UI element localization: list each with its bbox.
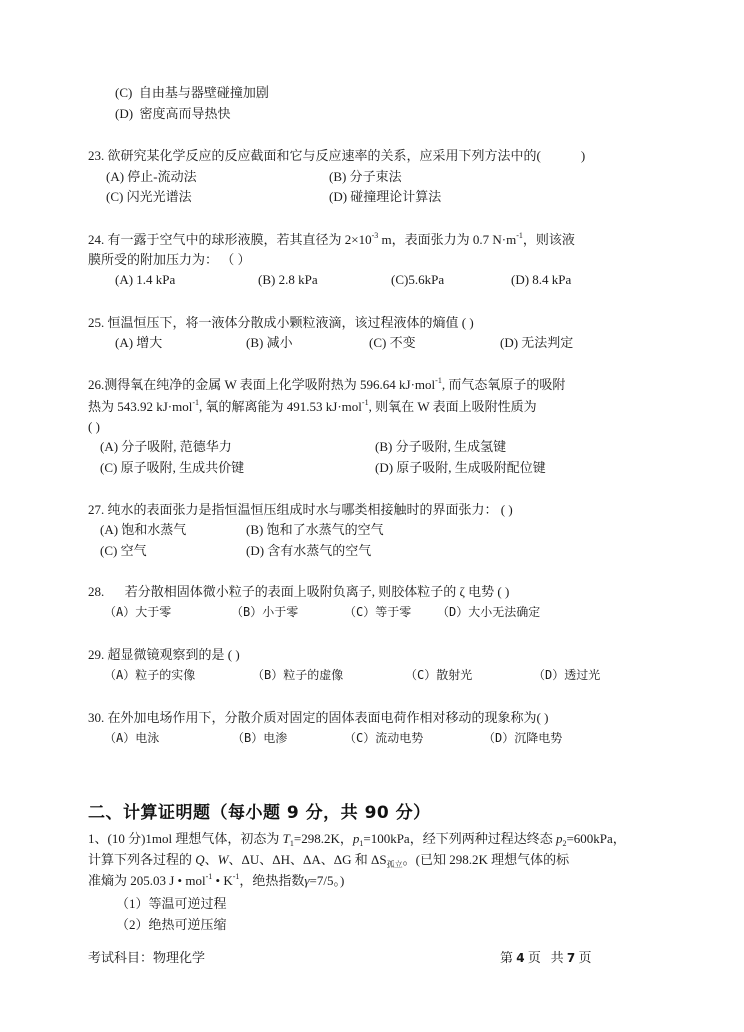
problem-text: =7/5。) <box>310 873 345 888</box>
option-text: 透过光 <box>564 668 600 682</box>
question-number: 29. <box>88 647 104 662</box>
answer-blank: ( ) <box>88 419 100 434</box>
q25-option-d: (D) 无法判定 <box>500 334 573 352</box>
part-text: 绝热可逆压缩 <box>149 917 227 932</box>
option-label: (A) <box>115 272 133 287</box>
option-text: 密度高而导热快 <box>140 106 231 121</box>
option-label: (C) <box>115 85 132 100</box>
option-text: 减小 <box>267 335 293 350</box>
q27-stem: 27. 纯水的表面张力是指恒温恒压组成时水与哪类相接触时的界面张力： ( ) <box>88 501 513 519</box>
page-indicator: 第 4 页 共 7 页 <box>500 947 592 966</box>
page-total: 7 <box>567 951 575 965</box>
problem-text: =298.2K， <box>294 831 353 846</box>
q22-option-d: (D) 密度高而导热快 <box>115 105 231 123</box>
question-number: 23. <box>88 148 104 163</box>
option-label: （C） <box>344 731 375 745</box>
q23-option-b: (B) 分子束法 <box>329 168 402 186</box>
q26-stem-line1: 26.测得氧在纯净的金属 W 表面上化学吸附热为 596.64 kJ·mol-1… <box>88 376 565 394</box>
math-symbol: T <box>283 831 290 846</box>
problem1-part-1: （1）等温可逆过程 <box>116 895 227 913</box>
option-label: （B） <box>252 668 283 682</box>
part-label: （1） <box>116 896 149 911</box>
option-text: 5.6kPa <box>408 272 444 287</box>
question-text: 有一露于空气中的球形液膜，若其直径为 2×10 <box>108 232 372 247</box>
option-text: 1.4 kPa <box>136 272 175 287</box>
option-label: (D) <box>246 543 264 558</box>
question-number: 26. <box>88 377 104 392</box>
option-label: (D) <box>500 335 518 350</box>
option-label: (C) <box>369 335 386 350</box>
option-text: 原子吸附, 生成共价键 <box>121 460 245 475</box>
question-number: 28. <box>88 584 104 599</box>
option-label: （B） <box>232 731 263 745</box>
question-number: 27. <box>88 502 104 517</box>
q25-option-c: (C) 不变 <box>369 334 416 352</box>
option-label: (B) <box>375 439 392 454</box>
exponent: -1 <box>516 231 523 240</box>
problem-text: • K <box>212 873 232 888</box>
option-text: 饱和了水蒸气的空气 <box>267 522 384 537</box>
question-text: 纯水的表面张力是指恒温恒压组成时水与哪类相接触时的界面张力： ( ) <box>108 502 513 517</box>
option-text: 增大 <box>136 335 162 350</box>
problem-text: 、 <box>205 852 218 867</box>
option-text: 不变 <box>390 335 416 350</box>
q26-option-c: (C) 原子吸附, 生成共价键 <box>100 459 244 477</box>
option-text: 大于零 <box>135 605 171 619</box>
q27-option-b: (B) 饱和了水蒸气的空气 <box>246 521 384 539</box>
option-label: (C) <box>106 189 123 204</box>
option-text: 流动电势 <box>375 731 423 745</box>
exam-subject: 考试科目：物理化学 <box>88 947 205 966</box>
question-text: , 而气态氧原子的吸附 <box>442 377 566 392</box>
option-text: 沉降电势 <box>514 731 562 745</box>
option-text: 大小无法确定 <box>468 605 540 619</box>
q24-option-a: (A) 1.4 kPa <box>115 271 175 289</box>
q26-option-b: (B) 分子吸附, 生成氢键 <box>375 438 506 456</box>
page-prefix: 第 <box>500 950 516 965</box>
q27-option-a: (A) 饱和水蒸气 <box>100 521 186 539</box>
problem-text: ，绝热指数 <box>239 873 304 888</box>
q30-option-c: （C）流动电势 <box>344 729 423 747</box>
option-label: (D) <box>375 460 393 475</box>
q23-stem: 23. 欲研究某化学反应的反应截面和它与反应速率的关系，应采用下列方法中的() <box>88 147 585 165</box>
option-text: 含有水蒸气的空气 <box>267 543 371 558</box>
q24-stem-line1: 24. 有一露于空气中的球形液膜，若其直径为 2×10-3 m，表面张力为 0.… <box>88 231 575 249</box>
option-label: （A） <box>104 668 135 682</box>
question-text: 恒温恒压下，将一液体分散成小颗粒液滴，该过程液体的熵值 ( ) <box>108 315 474 330</box>
problem1-line3: 准熵为 205.03 J • mol-1 • K-1，绝热指数γ=7/5。) <box>88 872 344 890</box>
q30-option-a: （A）电泳 <box>104 729 159 747</box>
option-text: 停止-流动法 <box>127 169 196 184</box>
q24-option-d: (D) 8.4 kPa <box>511 271 571 289</box>
option-label: (D) <box>329 189 347 204</box>
option-label: (A) <box>100 522 118 537</box>
question-number: 30. <box>88 710 104 725</box>
option-text: 无法判定 <box>521 335 573 350</box>
q30-option-d: （D）沉降电势 <box>483 729 562 747</box>
option-label: (C) <box>100 460 117 475</box>
option-label: (C) <box>100 543 117 558</box>
option-text: 电泳 <box>135 731 159 745</box>
q25-option-b: (B) 减小 <box>246 334 293 352</box>
option-label: (A) <box>106 169 124 184</box>
q28-option-c: （C）等于零 <box>344 603 411 621</box>
problem-text: =100kPa，经下列两种过程达终态 <box>363 831 556 846</box>
problem-text: 、ΔU、ΔH、ΔA、ΔG 和 ΔS <box>229 852 387 867</box>
question-text: ，则该液 <box>523 232 575 247</box>
q23-option-a: (A) 停止-流动法 <box>106 168 197 186</box>
option-text: 8.4 kPa <box>532 272 571 287</box>
q24-stem-line2: 膜所受的附加压力为： （ ） <box>88 251 251 269</box>
option-text: 分子束法 <box>350 169 402 184</box>
q23-option-d: (D) 碰撞理论计算法 <box>329 188 441 206</box>
option-label: (A) <box>100 439 118 454</box>
option-text: 电渗 <box>263 731 287 745</box>
q26-stem-line2: 热为 543.92 kJ·mol-1, 氧的解离能为 491.53 kJ·mol… <box>88 398 537 416</box>
q27-option-c: (C) 空气 <box>100 542 147 560</box>
q29-stem: 29. 超显微镜观察到的是 ( ) <box>88 646 240 664</box>
option-text: 饱和水蒸气 <box>121 522 186 537</box>
option-label: （B） <box>231 605 262 619</box>
part-text: 等温可逆过程 <box>149 896 227 911</box>
option-label: （A） <box>104 731 135 745</box>
problem1-line2: 计算下列各过程的 Q、W、ΔU、ΔH、ΔA、ΔG 和 ΔS孤立。(已知 298.… <box>88 851 569 869</box>
option-text: 散射光 <box>436 668 472 682</box>
question-text: , 氧的解离能为 491.53 kJ·mol <box>199 399 362 414</box>
option-label: （A） <box>104 605 135 619</box>
option-label: （C） <box>344 605 375 619</box>
option-label: (D) <box>511 272 529 287</box>
question-text: 在外加电场作用下，分散介质对固定的固体表面电荷作相对移动的现象称为( ) <box>108 710 549 725</box>
q29-option-c: （C）散射光 <box>405 666 472 684</box>
q28-option-a: （A）大于零 <box>104 603 171 621</box>
q26-option-a: (A) 分子吸附, 范德华力 <box>100 438 232 456</box>
q30-stem: 30. 在外加电场作用下，分散介质对固定的固体表面电荷作相对移动的现象称为( ) <box>88 709 548 727</box>
problem-text: =600kPa， <box>566 831 625 846</box>
page-mid: 页 共 <box>525 950 567 965</box>
option-label: （D） <box>437 605 468 619</box>
q29-option-d: （D）透过光 <box>533 666 600 684</box>
part-label: （2） <box>116 917 149 932</box>
subscript: 孤立 <box>387 860 403 869</box>
option-label: (D) <box>115 106 133 121</box>
q29-option-b: （B）粒子的虚像 <box>252 666 343 684</box>
option-text: 原子吸附, 生成吸附配位键 <box>396 460 546 475</box>
problem-text: 。(已知 298.2K 理想气体的标 <box>403 852 569 867</box>
section-title: 二、计算证明题（每小题 9 分，共 90 分） <box>88 798 431 823</box>
math-symbol: Q <box>195 852 204 867</box>
question-text: , 则氧在 W 表面上吸附性质为 <box>369 399 537 414</box>
option-text: 等于零 <box>375 605 411 619</box>
option-label: （D） <box>533 668 564 682</box>
option-label: （D） <box>483 731 514 745</box>
option-text: 自由基与器壁碰撞加剧 <box>139 85 269 100</box>
exponent: -1 <box>435 376 442 385</box>
option-text: 空气 <box>121 543 147 558</box>
answer-blank-close: ) <box>581 148 585 163</box>
q30-option-b: （B）电渗 <box>232 729 287 747</box>
option-text: 粒子的实像 <box>135 668 195 682</box>
q24-option-c: (C)5.6kPa <box>391 271 444 289</box>
option-label: (B) <box>246 335 263 350</box>
q25-stem: 25. 恒温恒压下，将一液体分散成小颗粒液滴，该过程液体的熵值 ( ) <box>88 314 474 332</box>
option-label: (B) <box>258 272 275 287</box>
question-text: 测得氧在纯净的金属 W 表面上化学吸附热为 596.64 kJ·mol <box>104 377 435 392</box>
question-text: 超显微镜观察到的是 ( ) <box>108 647 240 662</box>
option-text: 分子吸附, 生成氢键 <box>396 439 507 454</box>
option-text: 小于零 <box>262 605 298 619</box>
question-text: 若分散相固体微小粒子的表面上吸附负离子, 则胶体粒子的 ζ 电势 ( ) <box>125 584 510 599</box>
problem-text: 1、(10 分)1mol 理想气体，初态为 <box>88 831 283 846</box>
q22-option-c: (C) 自由基与器壁碰撞加剧 <box>115 84 269 102</box>
q23-option-c: (C) 闪光光谱法 <box>106 188 192 206</box>
exponent: -1 <box>362 398 369 407</box>
question-text: 膜所受的附加压力为： （ ） <box>88 252 251 267</box>
q25-option-a: (A) 增大 <box>115 334 162 352</box>
math-symbol: W <box>218 852 229 867</box>
option-text: 分子吸附, 范德华力 <box>121 439 232 454</box>
problem-text: 计算下列各过程的 <box>88 852 195 867</box>
problem1-part-2: （2）绝热可逆压缩 <box>116 916 227 934</box>
option-text: 闪光光谱法 <box>127 189 192 204</box>
option-label: (A) <box>115 335 133 350</box>
option-label: （C） <box>405 668 436 682</box>
q28-option-d: （D）大小无法确定 <box>437 603 540 621</box>
option-text: 粒子的虚像 <box>283 668 343 682</box>
page-number: 4 <box>516 951 524 965</box>
option-label: (C) <box>391 272 408 287</box>
question-text: 欲研究某化学反应的反应截面和它与反应速率的关系，应采用下列方法中的( <box>108 148 541 163</box>
option-text: 碰撞理论计算法 <box>350 189 441 204</box>
question-text: m，表面张力为 0.7 N·m <box>378 232 516 247</box>
q28-option-b: （B）小于零 <box>231 603 298 621</box>
q26-stem-line3: ( ) <box>88 418 100 436</box>
problem-text: 准熵为 205.03 J • mol <box>88 873 206 888</box>
question-text: 热为 543.92 kJ·mol <box>88 399 192 414</box>
option-label: (B) <box>329 169 346 184</box>
q29-option-a: （A）粒子的实像 <box>104 666 195 684</box>
option-text: 2.8 kPa <box>279 272 318 287</box>
q28-stem: 28. 若分散相固体微小粒子的表面上吸附负离子, 则胶体粒子的 ζ 电势 ( ) <box>88 583 509 601</box>
question-number: 25. <box>88 315 104 330</box>
page-suffix: 页 <box>575 950 591 965</box>
q26-option-d: (D) 原子吸附, 生成吸附配位键 <box>375 459 546 477</box>
q27-option-d: (D) 含有水蒸气的空气 <box>246 542 371 560</box>
question-number: 24. <box>88 232 104 247</box>
option-label: (B) <box>246 522 263 537</box>
problem1-line1: 1、(10 分)1mol 理想气体，初态为 T1=298.2K，p1=100kP… <box>88 830 626 848</box>
q24-option-b: (B) 2.8 kPa <box>258 271 318 289</box>
